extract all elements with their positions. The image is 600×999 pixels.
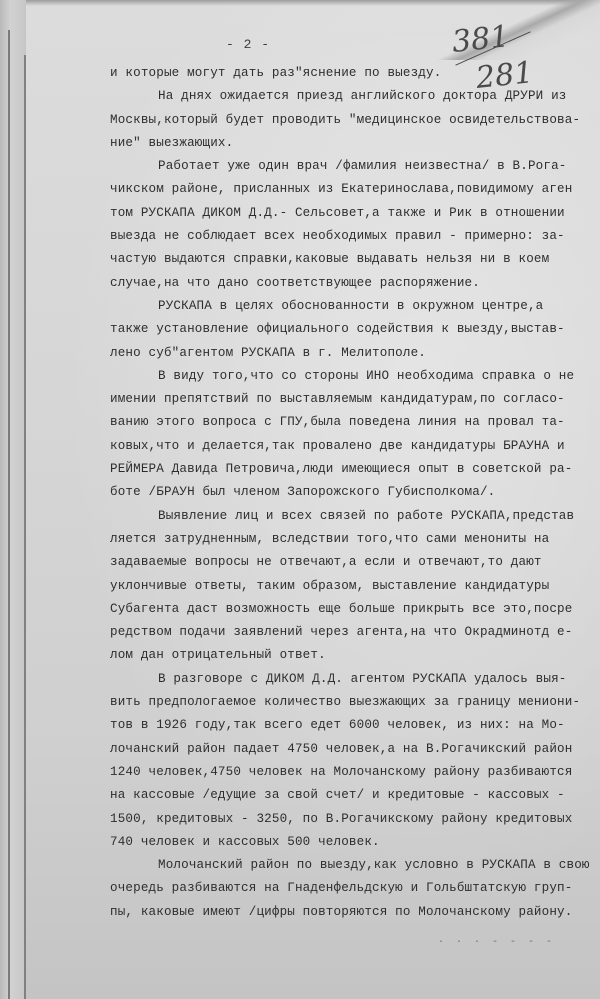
text-line: 1240 человек,4750 человек на Молочанском…: [110, 761, 596, 784]
paragraph-first-line: В виду того,что со стороны ИНО необходим…: [110, 365, 596, 388]
left-margin-line: [24, 55, 26, 999]
text-line: ние" выезжающих.: [110, 132, 596, 155]
stray-typewriter-marks: · · · - - - -: [438, 937, 555, 948]
text-line: вить предпологаемое количество выезжающи…: [110, 691, 596, 714]
text-line: Москвы,который будет проводить "медицинс…: [110, 109, 596, 132]
scanned-document-page: - 2 - 381 281 и которые могут дать раз"я…: [0, 0, 600, 999]
text-line: на кассовые /едущие за свой счет/ и кред…: [110, 784, 596, 807]
paragraph-first-line: Выявление лиц и всех связей по работе РУ…: [110, 505, 596, 528]
paragraph-first-line: РУСКАПА в целях обоснованности в окружно…: [110, 295, 596, 318]
text-line: уклончивые ответы, таким образом, выстав…: [110, 575, 596, 598]
text-line: лом дан отрицательный ответ.: [110, 644, 596, 667]
paragraph-first-line: Работает уже один врач /фамилия неизвест…: [110, 155, 596, 178]
binding-strip: [0, 0, 26, 999]
text-line: имении препятствий по выставляемым канди…: [110, 388, 596, 411]
text-line: случае,на что дано соответствующее распо…: [110, 272, 596, 295]
text-line: боте /БРАУН был членом Запорожского Губи…: [110, 481, 596, 504]
paragraph-first-line: На днях ожидается приезд английского док…: [110, 85, 596, 108]
text-line: лено суб"агентом РУСКАПА в г. Мелитополе…: [110, 342, 596, 365]
text-line: лочанский район падает 4750 человек,а на…: [110, 738, 596, 761]
paragraph-first-line: Молочанский район по выезду,как условно …: [110, 854, 596, 877]
text-line: ванию этого вопроса с ГПУ,была поведена …: [110, 411, 596, 434]
text-line: также установление официального содейств…: [110, 318, 596, 341]
text-line: Субагента даст возможность еще больше пр…: [110, 598, 596, 621]
paragraph-first-line: В разговоре с ДИКОМ Д.Д. агентом РУСКАПА…: [110, 668, 596, 691]
text-line: очередь разбиваются на Гнаденфельдскую и…: [110, 877, 596, 900]
text-line: ляется затрудненным, вследствии того,что…: [110, 528, 596, 551]
text-line: том РУСКАПА ДИКОМ Д.Д.- Сельсовет,а такж…: [110, 202, 596, 225]
typewritten-body-text: и которые могут дать раз"яснение по выез…: [110, 62, 596, 924]
text-line: выезда не соблюдает всех необходимых пра…: [110, 225, 596, 248]
text-line: пы, каковые имеют /цифры повторяются по …: [110, 901, 596, 924]
text-line: чикском районе, присланных из Екатеринос…: [110, 178, 596, 201]
text-line: ковых,что и делается,так провалено две к…: [110, 435, 596, 458]
text-line: задаваемые вопросы не отвечают,а если и …: [110, 551, 596, 574]
text-line: 1500, кредитовых - 3250, по В.Рогачикско…: [110, 808, 596, 831]
text-line: и которые могут дать раз"яснение по выез…: [110, 62, 596, 85]
text-line: 740 человек и кассовых 500 человек.: [110, 831, 596, 854]
text-line: РЕЙМЕРА Давида Петровича,люди имеющиеся …: [110, 458, 596, 481]
binding-crease-line: [8, 30, 10, 999]
text-line: частую выдаются справки,каковые выдавать…: [110, 248, 596, 271]
text-line: редством подачи заявлений через агента,н…: [110, 621, 596, 644]
page-number: - 2 -: [226, 37, 270, 52]
text-line: тов в 1926 году,так всего едет 6000 чело…: [110, 714, 596, 737]
